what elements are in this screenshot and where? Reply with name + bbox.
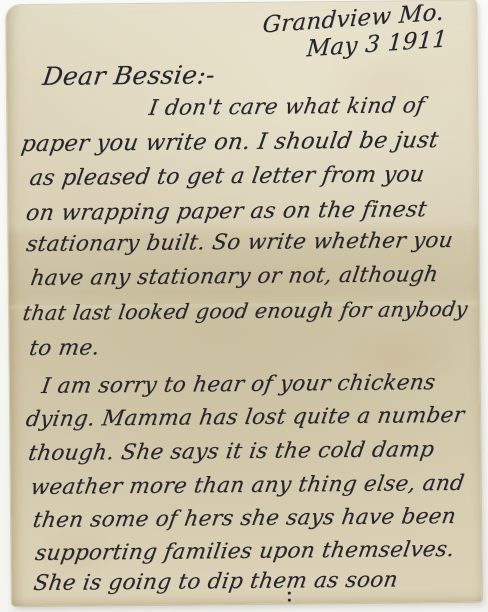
letter-paper: Grandview Mo. May 3 1911 Dear Bessie:- I… xyxy=(6,1,482,606)
letter-line: that last looked good enough for anybody xyxy=(21,297,469,325)
letter-line: I am sorry to hear of your chickens xyxy=(40,370,437,399)
letter-heading: Grandview Mo. May 3 1911 xyxy=(260,0,450,67)
letter-line: I don't care what kind of xyxy=(147,93,426,121)
letter-line: to me. xyxy=(28,335,102,361)
letter-line: on wrapping paper as on the finest xyxy=(24,197,428,226)
letter-line: as pleased to get a letter from you xyxy=(28,162,426,191)
scan-background: Grandview Mo. May 3 1911 Dear Bessie:- I… xyxy=(0,0,488,612)
letter-line: have any stationary or not, although xyxy=(29,262,440,291)
letter-line: She is going to dip them as soon xyxy=(32,568,400,597)
letter-line: weather more than any thing else, and xyxy=(29,471,466,500)
letter-line: stationary built. So write whether you xyxy=(25,228,455,257)
letter-line: paper you write on. I should be just xyxy=(20,127,441,157)
letter-salutation: Dear Bessie:- xyxy=(41,60,217,91)
letter-line: supporting families upon themselves. xyxy=(34,537,457,566)
letter-line: then some of hers she says have been xyxy=(31,504,457,533)
letter-line: dying. Mamma has lost quite a number xyxy=(24,403,466,432)
letter-line: though. She says it is the cold damp xyxy=(27,437,436,466)
